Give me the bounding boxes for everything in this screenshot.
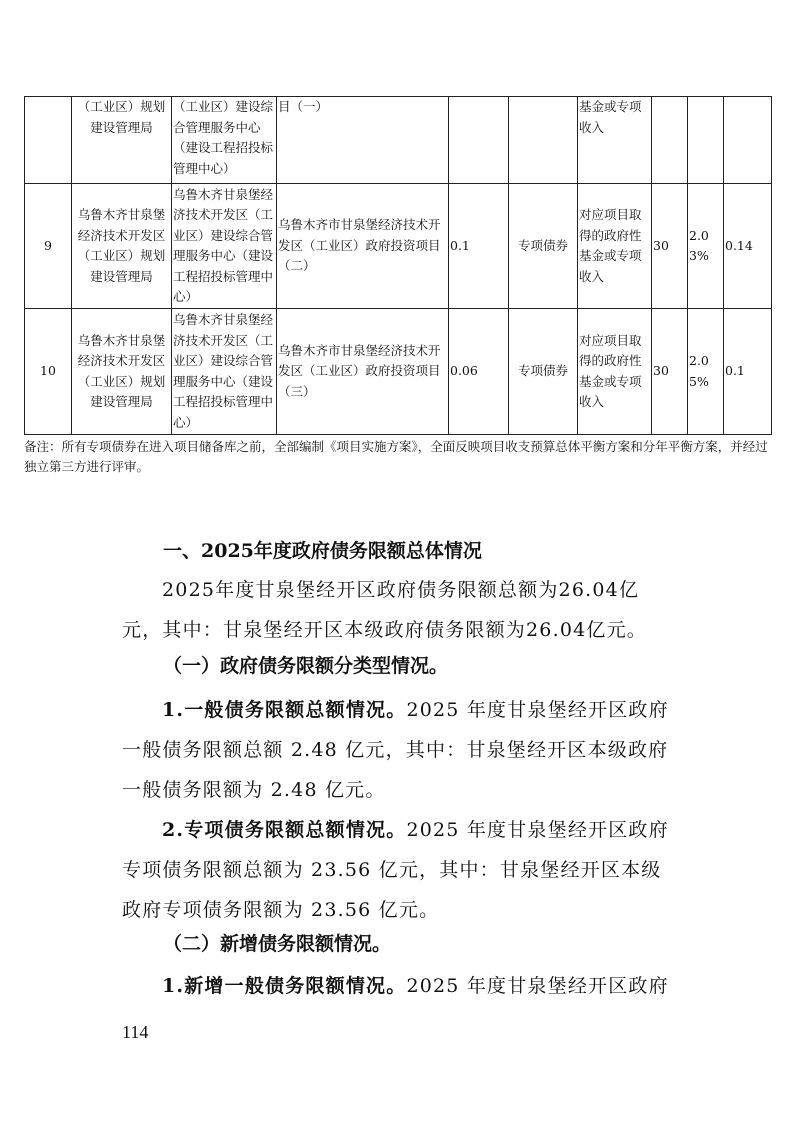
row-number: 10 (25, 309, 72, 435)
section-heading: 一、2025年度政府债务限额总体情况 (163, 536, 482, 563)
page-number: 114 (122, 1022, 148, 1043)
new-general-debt-title: 1.新增一般债务限额情况。 (162, 975, 406, 997)
row-number (25, 97, 72, 184)
project-cell: 乌鲁木齐市甘泉堡经济技术开发区（工业区）政府投资项目（三） (277, 309, 449, 435)
row-number: 9 (25, 184, 72, 309)
table-row: 9 乌鲁木齐甘泉堡经济技术开发区（工业区）规划建设管理局 乌鲁木齐甘泉堡经济技术… (25, 184, 772, 309)
table-row: 10 乌鲁木齐甘泉堡经济技术开发区（工业区）规划建设管理局 乌鲁木齐甘泉堡经济技… (25, 309, 772, 435)
department-cell: 乌鲁木齐甘泉堡经济技术开发区（工业区）规划建设管理局 (72, 184, 172, 309)
bond-type-cell: 专项债券 (509, 184, 578, 309)
department-cell: （工业区）规划建设管理局 (72, 97, 172, 184)
project-cell: 目（一） (277, 97, 449, 184)
general-debt-paragraph: 1.一般债务限额总额情况。2025 年度甘泉堡经开区政府一般债务限额总额 2.4… (122, 690, 677, 810)
term-cell (652, 97, 688, 184)
amount-cell: 0.06 (449, 309, 509, 435)
new-general-debt-text: 2025 年度甘泉堡经开区政府 (406, 975, 668, 997)
unit-cell: 乌鲁木齐甘泉堡经济技术开发区（工业区）建设综合管理服务中心（建设工程招投标管理中… (172, 309, 277, 435)
repayment-source-cell: 基金或专项收入 (578, 97, 652, 184)
rate-cell: 2.03% (688, 184, 724, 309)
unit-cell: （工业区）建设综合管理服务中心（建设工程招投标管理中心） (172, 97, 277, 184)
subsection-heading: （一）政府债务限额分类型情况。 (163, 651, 448, 678)
table-note: 备注：所有专项债券在进入项目储备库之前，全部编制《项目实施方案》，全面反映项目收… (24, 437, 774, 477)
bond-type-cell: 专项债券 (509, 309, 578, 435)
rate-cell (688, 97, 724, 184)
amount-cell: 0.1 (449, 184, 509, 309)
value-cell: 0.1 (724, 309, 772, 435)
unit-cell: 乌鲁木齐甘泉堡经济技术开发区（工业区）建设综合管理服务中心（建设工程招投标管理中… (172, 184, 277, 309)
repayment-source-cell: 对应项目取得的政府性基金或专项收入 (578, 309, 652, 435)
amount-cell (449, 97, 509, 184)
term-cell: 30 (652, 184, 688, 309)
repayment-source-cell: 对应项目取得的政府性基金或专项收入 (578, 184, 652, 309)
bond-project-table: （工业区）规划建设管理局 （工业区）建设综合管理服务中心（建设工程招投标管理中心… (24, 96, 772, 435)
new-general-debt-paragraph: 1.新增一般债务限额情况。2025 年度甘泉堡经开区政府 (122, 966, 677, 1006)
subsection-heading: （二）新增债务限额情况。 (163, 929, 391, 956)
table-row: （工业区）规划建设管理局 （工业区）建设综合管理服务中心（建设工程招投标管理中心… (25, 97, 772, 184)
term-cell: 30 (652, 309, 688, 435)
rate-cell: 2.05% (688, 309, 724, 435)
project-cell: 乌鲁木齐市甘泉堡经济技术开发区（工业区）政府投资项目（二） (277, 184, 449, 309)
department-cell: 乌鲁木齐甘泉堡经济技术开发区（工业区）规划建设管理局 (72, 309, 172, 435)
value-cell (724, 97, 772, 184)
general-debt-title: 1.一般债务限额总额情况。 (162, 699, 406, 721)
bond-type-cell (509, 97, 578, 184)
section-paragraph: 2025年度甘泉堡经开区政府债务限额总额为26.04亿元，其中：甘泉堡经开区本级… (122, 570, 677, 650)
special-debt-title: 2.专项债务限额总额情况。 (162, 819, 406, 841)
value-cell: 0.14 (724, 184, 772, 309)
special-debt-paragraph: 2.专项债务限额总额情况。2025 年度甘泉堡经开区政府专项债务限额总额为 23… (122, 810, 677, 930)
